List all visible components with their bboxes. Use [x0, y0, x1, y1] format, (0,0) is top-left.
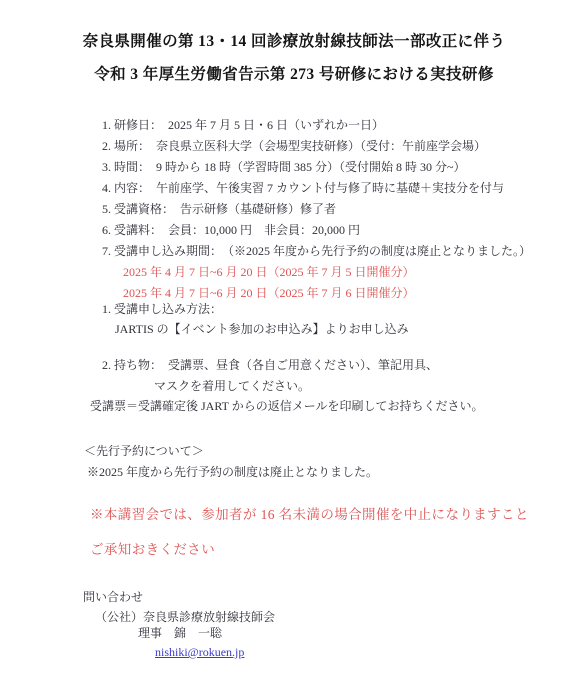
ticket-note: 受講票＝受講確定後 JART からの返信メールを印刷してお持ちください。: [90, 398, 484, 415]
cancellation-warning-line1: ※本講習会では、参加者が 16 名未満の場合開催を中止になりますこと: [90, 506, 529, 523]
contact-heading: 問い合わせ: [83, 589, 143, 606]
document-page: 奈良県開催の第 13・14 回診療放射線技師法一部改正に伴う 令和 3 年厚生労…: [0, 0, 588, 679]
belongings-label: 2. 持ち物： 受講票、昼食（各自ご用意ください）、筆記用具、: [102, 357, 438, 374]
belongings-continued: マスクを着用してください。: [154, 378, 310, 395]
info-item-fee: 6. 受講料： 会員：10,000 円 非会員：20,000 円: [102, 222, 360, 239]
application-period-july6: 2025 年 4 月 7 日~6 月 20 日（2025 年 7 月 6 日開催…: [123, 285, 415, 302]
info-item-content: 4. 内容： 午前座学、午後実習 7 カウント付与修了時に基礎＋実技分を付与: [102, 180, 504, 197]
document-title-line2: 令和 3 年厚生労働省告示第 273 号研修における実技研修: [0, 65, 588, 85]
advance-reservation-note: ※2025 年度から先行予約の制度は廃止となりました。: [87, 464, 378, 481]
info-item-time: 3. 時間： 9 時から 18 時（学習時間 385 分）（受付開始 8 時 3…: [102, 159, 466, 176]
advance-reservation-heading: ＜先行予約について＞: [84, 443, 204, 460]
cancellation-warning-line2: ご承知おきください: [90, 541, 215, 558]
info-item-qualification: 5. 受講資格： 告示研修（基礎研修）修了者: [102, 201, 336, 218]
info-item-application: 7. 受講申し込み期間： （※2025 年度から先行予約の制度は廃止となりました…: [102, 243, 531, 260]
contact-organization: （公社）奈良県診療放射線技師会: [95, 609, 275, 626]
application-method-label: 1. 受講申し込み方法：: [102, 301, 222, 318]
contact-email-link[interactable]: nishiki@rokuen.jp: [155, 644, 244, 661]
application-method-detail: JARTIS の【イベント参加のお申込み】よりお申し込み: [115, 321, 409, 338]
contact-person: 理事 錦 一聡: [138, 625, 222, 642]
application-period-july5: 2025 年 4 月 7 日~6 月 20 日（2025 年 7 月 5 日開催…: [123, 264, 415, 281]
info-item-training-date: 1. 研修日： 2025 年 7 月 5 日・6 日（いずれか一日）: [102, 117, 384, 134]
info-item-place: 2. 場所： 奈良県立医科大学（会場型実技研修）（受付：午前座学会場）: [102, 138, 486, 155]
document-title-line1: 奈良県開催の第 13・14 回診療放射線技師法一部改正に伴う: [0, 32, 588, 52]
